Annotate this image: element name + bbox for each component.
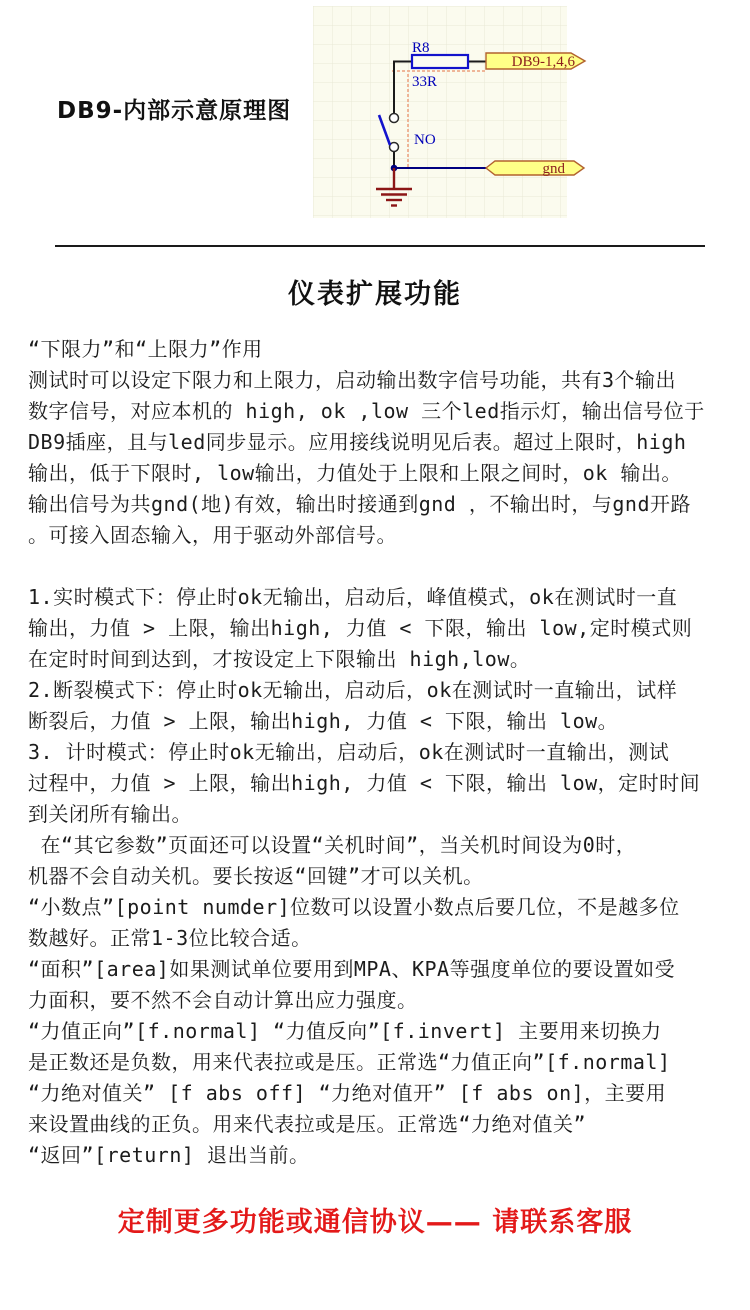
body-line: 输出，低于下限时, low输出，力值处于上限和上限之间时，ok 输出。 xyxy=(28,458,728,489)
body-line: “小数点”[point numder]位数可以设置小数点后要几位，不是越多位 xyxy=(28,892,728,923)
body-text: “下限力”和“上限力”作用测试时可以设定下限力和上限力，启动输出数字信号功能，共… xyxy=(28,334,728,1171)
body-line: 输出信号为共gnd(地)有效，输出时接通到gnd ，不输出时，与gnd开路 xyxy=(28,489,728,520)
body-line: “力绝对值关” [f abs off] “力绝对值开” [f abs on]，主… xyxy=(28,1078,728,1109)
body-line: 过程中，力值 > 上限，输出high, 力值 < 下限，输出 low，定时时间 xyxy=(28,768,728,799)
body-line: “面积”[area]如果测试单位要用到MPA、KPA等强度单位的要设置如受 xyxy=(28,954,728,985)
body-line: 是正数还是负数，用来代表拉或是压。正常选“力值正向”[f.normal] xyxy=(28,1047,728,1078)
section-heading: 仪表扩展功能 xyxy=(0,272,750,311)
switch-contact-top xyxy=(390,114,399,123)
body-line xyxy=(28,551,728,582)
port-flag-gnd xyxy=(486,161,584,175)
footer-contact-note: 定制更多功能或通信协议—— 请联系客服 xyxy=(0,1200,750,1239)
body-line: 数字信号，对应本机的 high, ok ,low 三个led指示灯，输出信号位于 xyxy=(28,396,728,427)
port-flag-gnd-label: gnd xyxy=(543,161,566,177)
body-line: 断裂后，力值 > 上限，输出high, 力值 < 下限，输出 low。 xyxy=(28,706,728,737)
body-line: 来设置曲线的正负。用来代表拉或是压。正常选“力绝对值关” xyxy=(28,1109,728,1140)
body-line: 3. 计时模式：停止时ok无输出，启动后，ok在测试时一直输出，测试 xyxy=(28,737,728,768)
resistor-symbol xyxy=(412,55,468,68)
resistor-ref-label: R8 xyxy=(412,40,430,56)
body-line: 测试时可以设定下限力和上限力，启动输出数字信号功能，共有3个输出 xyxy=(28,365,728,396)
body-line: 到关闭所有输出。 xyxy=(28,799,728,830)
db9-schematic-diagram: R8 33R NO DB9-1,4,6 gnd xyxy=(313,6,587,218)
body-line: 数越好。正常1-3位比较合适。 xyxy=(28,923,728,954)
body-line: 2.断裂模式下：停止时ok无输出，启动后，ok在测试时一直输出，试样 xyxy=(28,675,728,706)
body-line: “下限力”和“上限力”作用 xyxy=(28,334,728,365)
body-line: “返回”[return] 退出当前。 xyxy=(28,1140,728,1171)
port-flag-db9-label: DB9-1,4,6 xyxy=(512,54,576,70)
body-line: 力面积，要不然不会自动计算出应力强度。 xyxy=(28,985,728,1016)
body-line: 机器不会自动关机。要长按返“回键”才可以关机。 xyxy=(28,861,728,892)
resistor-value-label: 33R xyxy=(412,74,437,90)
section-divider xyxy=(55,245,705,247)
manual-page: R8 33R NO DB9-1,4,6 gnd DB9-内部示意原理图 仪表扩展… xyxy=(0,0,750,1310)
body-line: 在“其它参数”页面还可以设置“关机时间”，当关机时间设为0时， xyxy=(28,830,728,861)
body-line: 输出，力值 > 上限，输出high, 力值 < 下限，输出 low,定时模式则 xyxy=(28,613,728,644)
body-line: 在定时时间到达到，才按设定上下限输出 high,low。 xyxy=(28,644,728,675)
body-line: 1.实时模式下：停止时ok无输出，启动后，峰值模式，ok在测试时一直 xyxy=(28,582,728,613)
body-line: 。可接入固态输入，用于驱动外部信号。 xyxy=(28,520,728,551)
body-line: “力值正向”[f.normal] “力值反向”[f.invert] 主要用来切换… xyxy=(28,1016,728,1047)
switch-state-label: NO xyxy=(414,132,436,148)
schematic-title: DB9-内部示意原理图 xyxy=(57,92,291,125)
body-line: DB9插座，且与led同步显示。应用接线说明见后表。超过上限时，high xyxy=(28,427,728,458)
